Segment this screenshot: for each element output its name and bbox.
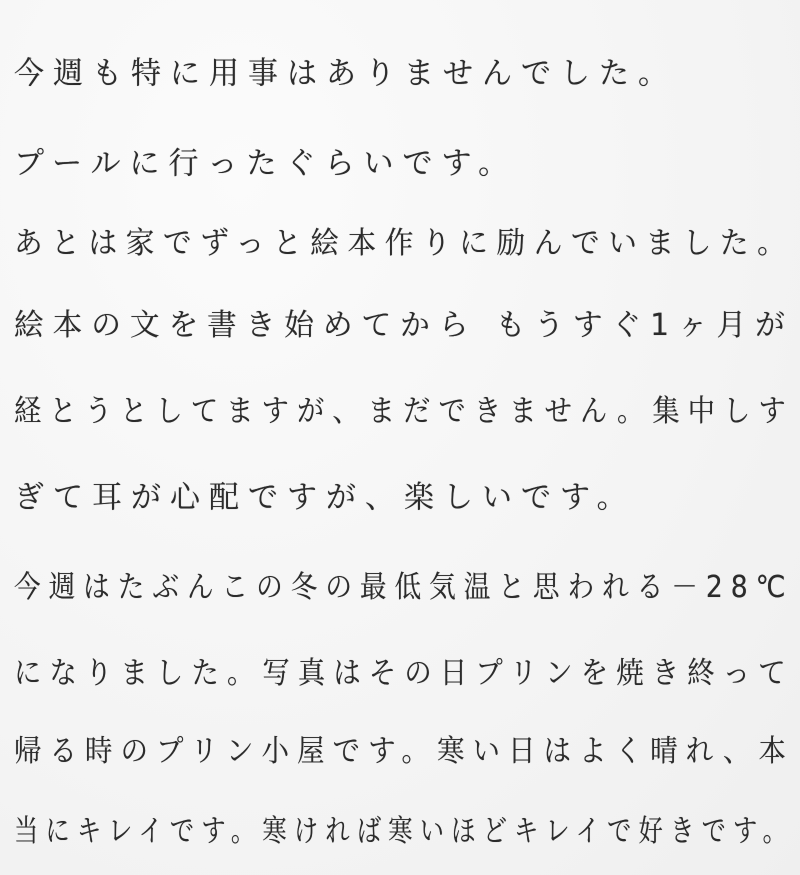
letter-line-5: 経とうとしてますが、まだできません。集中しす (14, 386, 794, 430)
letter-line-4: 絵本の文を書き始めてから もうすぐ1ヶ月が (14, 300, 794, 344)
letter-line-1: 今週も特に用事はありませんでした。 (14, 48, 677, 93)
letter-line-9: 帰る時のプリン小屋です。寒い日はよく晴れ、本 (14, 726, 794, 770)
letter-line-7: 今週はたぶんこの冬の最低気温と思われる－28℃ (14, 562, 794, 606)
handwritten-letter-page: 今週も特に用事はありませんでした。 プールに行ったぐらいです。 あとは家でずっと… (0, 0, 800, 875)
letter-line-8: になりました。写真はその日プリンを焼き終って (14, 648, 794, 692)
letter-line-3: あとは家でずっと絵本作りに励んでいました。 (14, 218, 794, 262)
letter-line-6: ぎて耳が心配ですが、楽しいです。 (14, 472, 636, 517)
letter-line-10: 当にキレイです。寒ければ寒いほどキレイで好きです。 (14, 806, 794, 850)
letter-line-2: プールに行ったぐらいです。 (14, 138, 517, 183)
